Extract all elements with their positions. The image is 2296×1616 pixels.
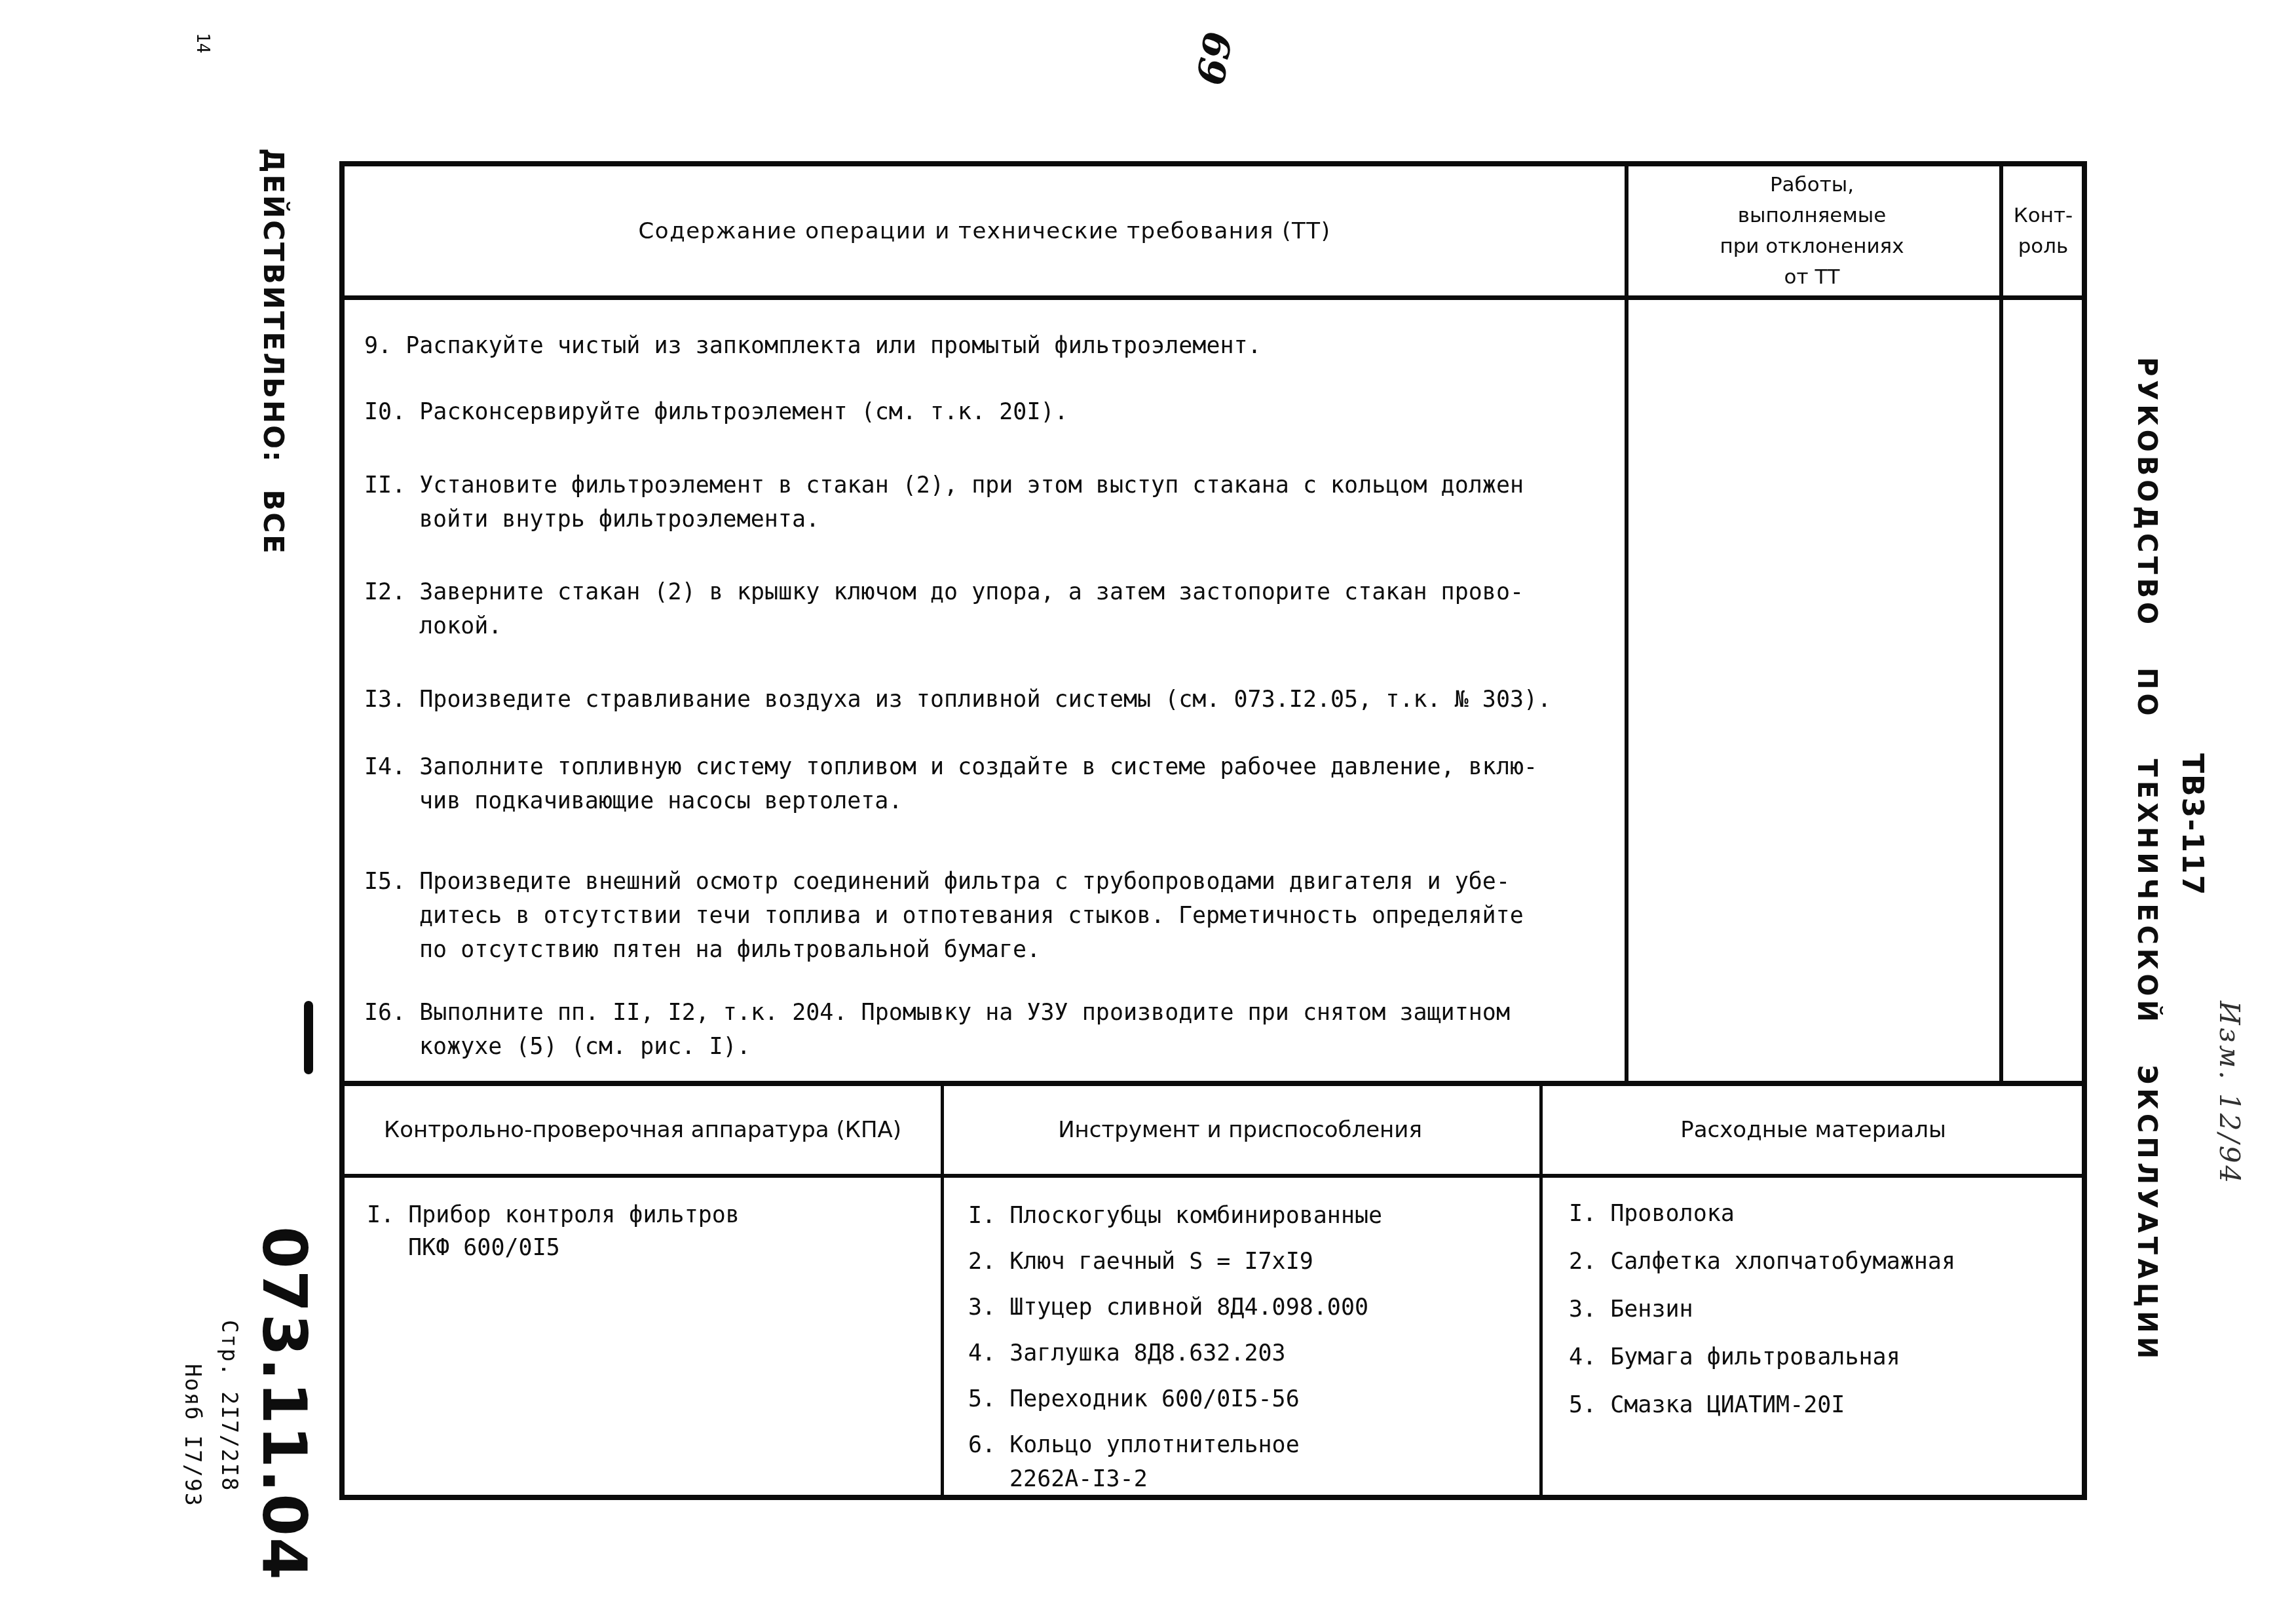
document-page: 14 69 ДЕЙСТВИТЕЛЬНО: ВСЕ 073.11.04 Стр. … — [0, 0, 2296, 1616]
tool-item-4: 4. Заглушка 8Д8.632.203 — [968, 1336, 1532, 1370]
operation-item-14: I4. Заполните топливную систему топливом… — [364, 750, 1648, 818]
kpa-header-cell: Контрольно-проверочная аппаратура (КПА) — [345, 1086, 941, 1174]
tool-item-3: 3. Штуцер сливной 8Д4.098.000 — [968, 1290, 1532, 1325]
header-label: Инструмент и приспособления — [1058, 1117, 1422, 1143]
tool-item-6: 6. Кольцо уплотнительное 2262А-I3-2 — [968, 1428, 1532, 1496]
operation-item-13: I3. Произведите стравливание воздуха из … — [364, 683, 1648, 717]
header-line: роль — [2018, 231, 2069, 262]
header-label: Содержание операции и технические требов… — [639, 218, 1331, 244]
tool-item-1: I. Плоскогубцы комбинированные — [968, 1199, 1532, 1233]
kpa-list: I. Прибор контроля фильтров ПКФ 600/0I5 — [367, 1183, 930, 1264]
control-header-cell: Конт- роль — [1999, 166, 2087, 295]
handwritten-note: Изм. 12/94 — [2213, 1001, 2246, 1186]
operations-list: 9. Распакуйте чистый из запкомплекта или… — [364, 300, 1648, 1064]
corner-page-mark: 14 — [193, 33, 212, 53]
item-line: 5. Переходник 600/0I5-56 — [968, 1382, 1532, 1416]
tools-header-cell: Инструмент и приспособления — [941, 1086, 1539, 1174]
operation-item-15: I5. Произведите внешний осмотр соединени… — [364, 865, 1648, 967]
material-item-4: 4. Бумага фильтровальная — [1569, 1340, 2080, 1374]
column-divider — [1999, 166, 2003, 1081]
operation-line: локой. — [364, 609, 1648, 643]
operation-line: I6. Выполните пп. II, I2, т.к. 204. Пром… — [364, 996, 1648, 1030]
operation-item-10: I0. Расконсервируйте фильтроэлемент (см.… — [364, 395, 1648, 429]
operation-line: II. Установите фильтроэлемент в стакан (… — [364, 468, 1648, 502]
item-line: 2262А-I3-2 — [968, 1462, 1532, 1496]
tool-item-2: 2. Ключ гаечный S = I7хI9 — [968, 1245, 1532, 1279]
operation-line: I2. Заверните стакан (2) в крышку ключом… — [364, 575, 1648, 609]
operations-header-cell: Содержание операции и технические требов… — [345, 166, 1625, 295]
operation-line: войти внутрь фильтроэлемента. — [364, 502, 1648, 536]
operation-line: по отсутствию пятен на фильтровальной бу… — [364, 933, 1648, 967]
handwritten-mark: 69 — [1187, 28, 1240, 88]
operation-line: I4. Заполните топливную систему топливом… — [364, 750, 1648, 784]
page-number: Стр. 2I7/2I8 — [217, 1320, 242, 1492]
header-line: от ТТ — [1784, 262, 1840, 293]
operation-line: 9. Распакуйте чистый из запкомплекта или… — [364, 329, 1648, 363]
header-label: Расходные материалы — [1680, 1117, 1946, 1143]
revision-bar — [304, 1001, 313, 1074]
item-line: 4. Заглушка 8Д8.632.203 — [968, 1336, 1532, 1370]
kpa-item-1: I. Прибор контроля фильтров ПКФ 600/0I5 — [367, 1199, 930, 1264]
material-item-3: 3. Бензин — [1569, 1292, 2080, 1326]
item-line: 3. Штуцер сливной 8Д4.098.000 — [968, 1290, 1532, 1325]
item-line: ПКФ 600/0I5 — [367, 1231, 930, 1264]
header-line: при отклонениях — [1720, 231, 1904, 262]
operation-line: I3. Произведите стравливание воздуха из … — [364, 683, 1648, 717]
header-line: Конт- — [2014, 200, 2073, 231]
item-line: 5. Смазка ЦИАТИМ-20I — [1569, 1388, 2080, 1422]
item-line: I. Проволока — [1569, 1197, 2080, 1231]
operation-item-9: 9. Распакуйте чистый из запкомплекта или… — [364, 329, 1648, 363]
item-line: I. Плоскогубцы комбинированные — [968, 1199, 1532, 1233]
operation-item-16: I6. Выполните пп. II, I2, т.к. 204. Пром… — [364, 996, 1648, 1064]
item-line: 6. Кольцо уплотнительное — [968, 1428, 1532, 1462]
material-item-1: I. Проволока — [1569, 1197, 2080, 1231]
material-item-5: 5. Смазка ЦИАТИМ-20I — [1569, 1388, 2080, 1422]
item-line: 2. Ключ гаечный S = I7хI9 — [968, 1245, 1532, 1279]
item-line: 2. Салфетка хлопчатобумажная — [1569, 1245, 2080, 1279]
material-item-2: 2. Салфетка хлопчатобумажная — [1569, 1245, 2080, 1279]
operation-line: чив подкачивающие насосы вертолета. — [364, 784, 1648, 818]
header-divider — [345, 1174, 2082, 1178]
tool-item-5: 5. Переходник 600/0I5-56 — [968, 1382, 1532, 1416]
engine-model: ТВ3-117 — [2175, 753, 2209, 896]
materials-header-cell: Расходные материалы — [1539, 1086, 2087, 1174]
manual-title: РУКОВОДСТВО ПО ТЕХНИЧЕСКОЙ ЭКСПЛУАТАЦИИ — [2132, 357, 2162, 1362]
tools-list: I. Плоскогубцы комбинированные 2. Ключ г… — [968, 1183, 1532, 1496]
validity-stamp: ДЕЙСТВИТЕЛЬНО: ВСЕ — [257, 148, 290, 555]
header-line: выполняемые — [1738, 200, 1887, 231]
item-line: 3. Бензин — [1569, 1292, 2080, 1326]
task-number-stamp: 073.11.04 — [249, 1226, 320, 1581]
item-line: 4. Бумага фильтровальная — [1569, 1340, 2080, 1374]
item-line: I. Прибор контроля фильтров — [367, 1199, 930, 1231]
materials-list: I. Проволока 2. Салфетка хлопчатобумажна… — [1569, 1183, 2080, 1422]
operation-item-11: II. Установите фильтроэлемент в стакан (… — [364, 468, 1648, 536]
deviations-header-cell: Работы, выполняемые при отклонениях от Т… — [1625, 166, 1999, 295]
operation-line: дитесь в отсутствии течи топлива и отпот… — [364, 899, 1648, 933]
operation-item-12: I2. Заверните стакан (2) в крышку ключом… — [364, 575, 1648, 643]
operation-line: кожухе (5) (см. рис. I). — [364, 1030, 1648, 1064]
operation-line: I0. Расконсервируйте фильтроэлемент (см.… — [364, 395, 1648, 429]
header-label: Контрольно-проверочная аппаратура (КПА) — [384, 1117, 901, 1143]
header-divider — [345, 295, 2082, 300]
operation-line: I5. Произведите внешний осмотр соединени… — [364, 865, 1648, 899]
revision-date: Нояб I7/93 — [180, 1364, 206, 1507]
header-line: Работы, — [1770, 170, 1854, 200]
